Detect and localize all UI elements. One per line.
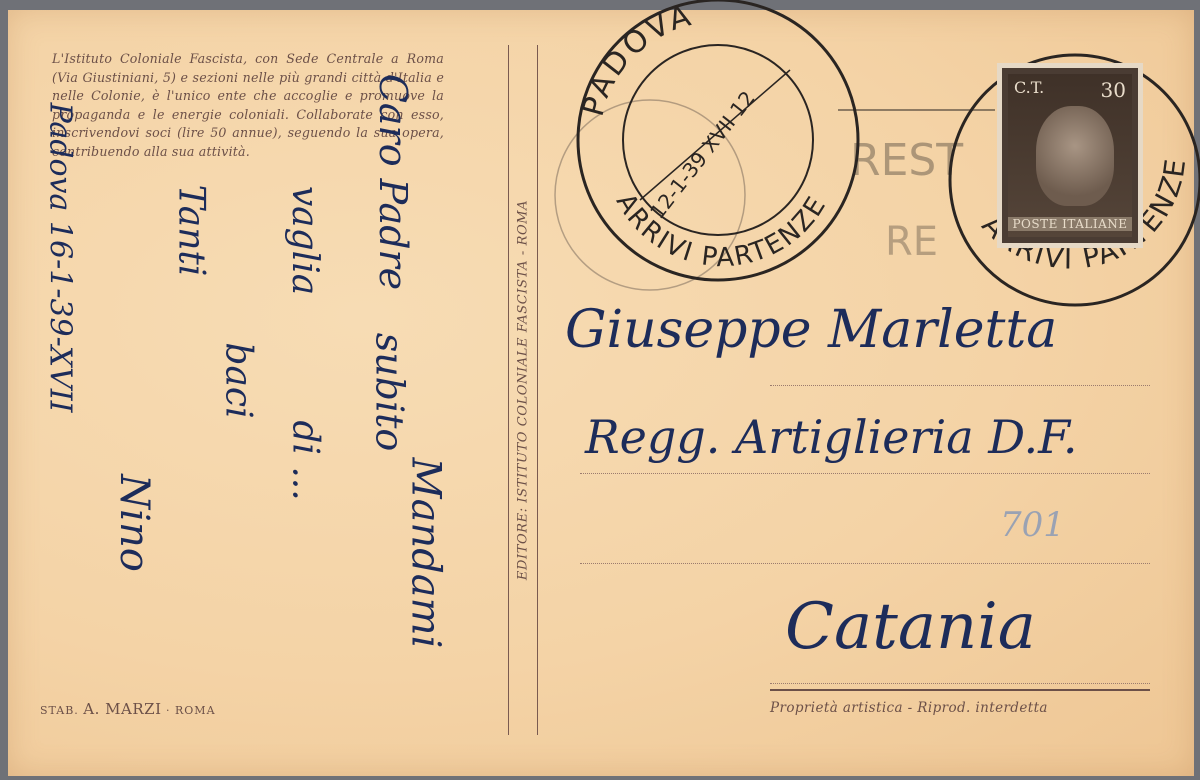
- address-city: Catania: [785, 590, 1036, 664]
- message-line-3: subito: [367, 333, 411, 452]
- message-line-2: Mandami: [402, 458, 448, 649]
- stamp-currency: C.T.: [1014, 78, 1044, 97]
- message-line-5: di ...: [285, 420, 326, 500]
- svg-text:ARRIVI PARTENZE: ARRIVI PARTENZE: [610, 189, 833, 274]
- stamp-value: 30: [1101, 78, 1126, 102]
- address-name: Giuseppe Marletta: [565, 300, 1057, 360]
- message-line-7: baci: [218, 342, 259, 418]
- message-signature: Nino: [111, 474, 157, 572]
- svg-text:PADOVA: PADOVA: [576, 0, 698, 120]
- pencil-note: 701: [1000, 505, 1065, 545]
- postage-stamp: C.T. 30 POSTE ITALIANE: [997, 63, 1143, 248]
- svg-text:12-1-39 XVII 12: 12-1-39 XVII 12: [645, 86, 760, 223]
- message-greeting: Caro Padre: [371, 74, 415, 290]
- message-line-4: vaglia: [284, 186, 325, 295]
- handwritten-date: Padova 16-1-39-XVII: [42, 103, 77, 413]
- stamp-label: POSTE ITALIANE: [1008, 217, 1132, 231]
- portrait-icon: [1036, 106, 1114, 206]
- svg-text:REST: REST: [850, 135, 963, 186]
- address-unit: Regg. Artiglieria D.F.: [585, 410, 1077, 464]
- svg-text:RE: RE: [885, 219, 938, 265]
- postmark-city: PADOVA: [576, 0, 698, 120]
- message-line-6: Tanti: [170, 185, 211, 277]
